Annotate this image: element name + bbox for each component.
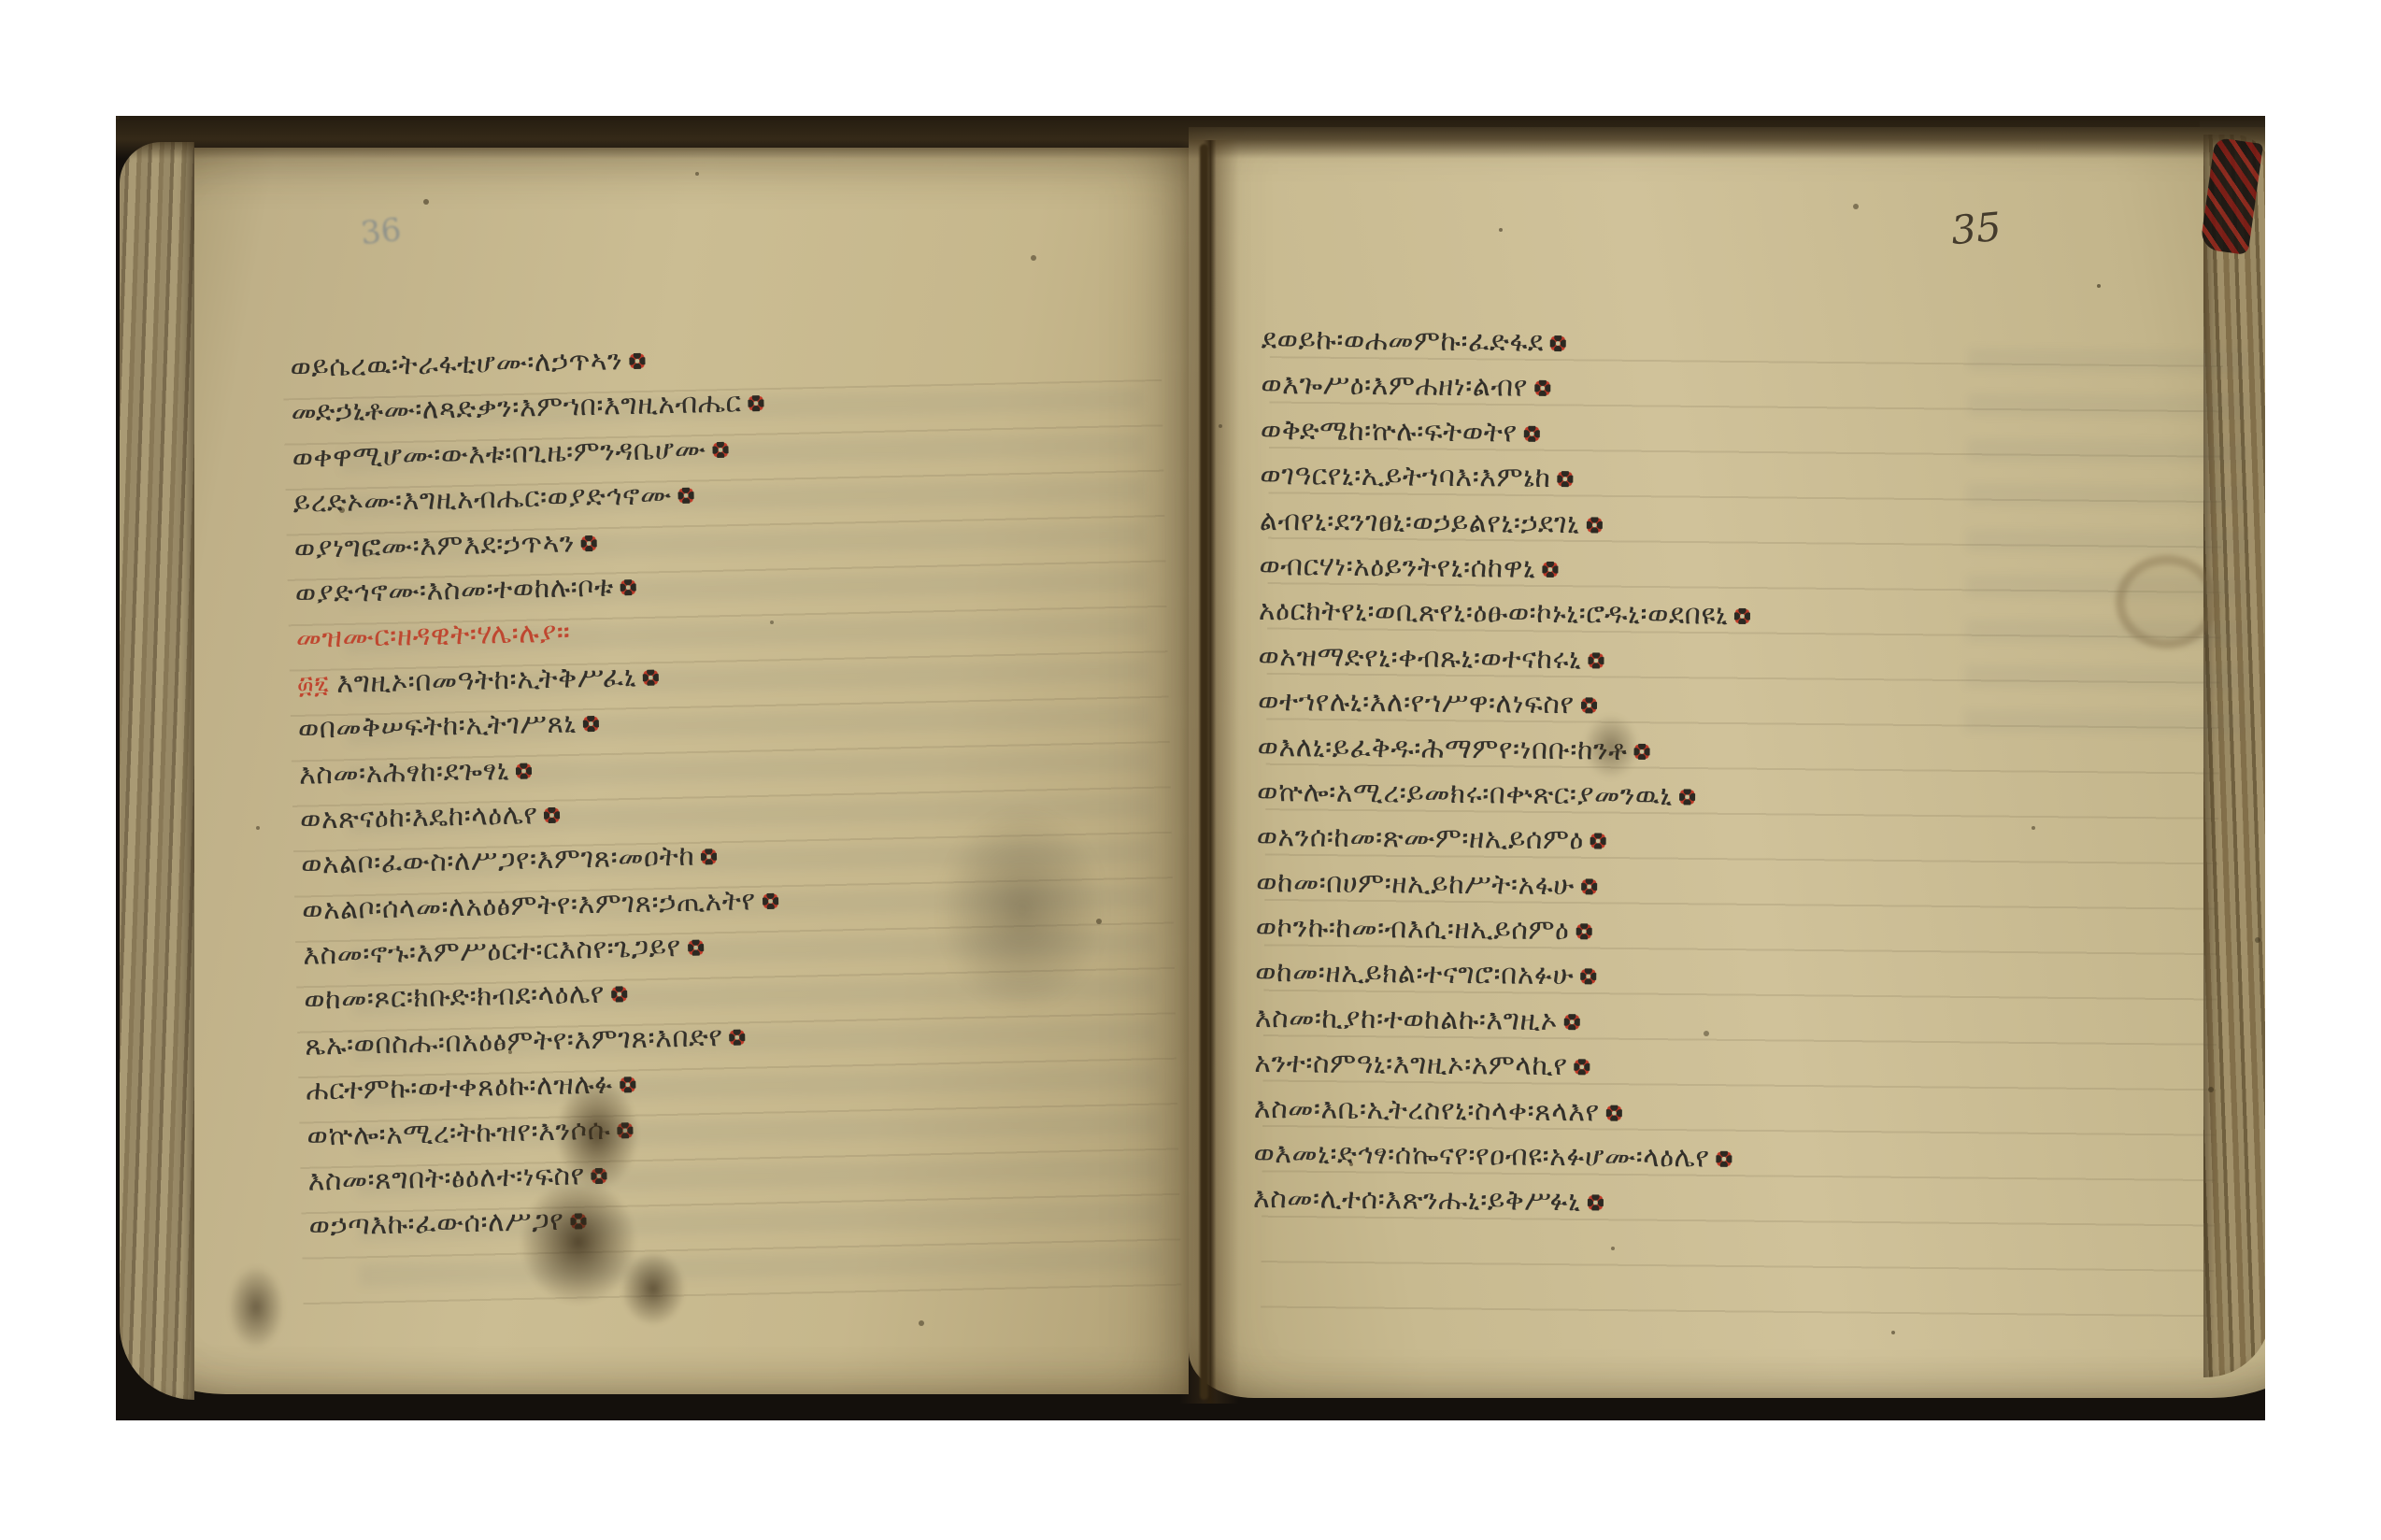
verse-text: እግዚኦ፡በመዓትከ፡ኢትቅሥፈኒ [336,661,637,700]
verse-separator-icon [544,807,560,823]
text-line: ልብየኒ፡ደንገፀኒ፡ወኃይልየኒ፡ኃደገኒ [1260,499,1752,549]
verse-text: እስመ፡ሊተሰ፡እጽንሑኒ፡ይቅሥፉኒ [1253,1182,1581,1218]
paper-speckles [116,116,120,120]
verse-separator-icon [1557,471,1573,487]
left-page-text: ወይሴረዉ፡ትራፋቲሆሙ፡ለኃጥኣንመድኃኒቶሙ፡ለጻድቃን፡እምኀበ፡እግዚአ… [290,335,785,1250]
verse-separator-icon [1590,834,1606,849]
text-line: ወከመ፡በሀም፡ዘኢይከሥት፡አፋሁ [1256,861,1748,910]
verse-text: ወእለኒ፡ይፈቅዱ፡ሕማምየ፡ነበቡ፡ከንቶ [1257,730,1627,766]
verse-separator-icon [1575,923,1591,939]
verse-separator-icon [1523,425,1539,441]
verse-text: ወከመ፡ጾር፡ክቡድ፡ክብደ፡ላዕሌየ [304,977,605,1017]
verse-text: ወእመኒ፡ድኅፃ፡ሰኰናየ፡የዐብዩ፡አፉሆሙ፡ላዕሌየ [1253,1137,1709,1175]
verse-text: አዕርክትየኒ፡ወቢጽየኒ፡ዕፁወ፡ኮኑኒ፡ሮዱኒ፡ወደበዩኒ [1259,594,1729,632]
verse-separator-icon [611,987,627,1003]
verse-text: ወአዝማድየኒ፡ቀብጹኒ፡ወተናከሩኒ [1258,640,1581,676]
text-line: አዕርክትየኒ፡ወቢጽየኒ፡ዕፁወ፡ኮኑኒ፡ሮዱኒ፡ወደበዩኒ [1259,589,1751,638]
verse-text: ወአልቦ፡ፈውስ፡ለሥጋየ፡እምገጸ፡መዐትከ [301,840,695,881]
text-line: እስመ፡እቤ፡ኢትረስየኒ፡ስላቀ፡ጸላእየ [1254,1087,1747,1136]
verse-separator-icon [1588,652,1604,668]
rubric-text: መዝሙር፡ዘዳዊት፡ሃሌ፡ሉያ። [295,617,570,655]
verse-separator-icon [1574,1059,1590,1075]
verse-text: ወብርሃነ፡አዕይንትየኒ፡ሰከዋኒ [1259,549,1535,585]
verse-separator-icon [712,442,728,458]
verse-separator-icon [1586,517,1602,533]
verse-separator-icon [581,535,597,550]
verse-separator-icon [678,488,694,504]
verse-separator-icon [643,669,659,685]
verse-text: መድኃኒቶሙ፡ለጻድቃን፡እምኀበ፡እግዚአብሔር [291,387,742,430]
verse-text: ልብየኒ፡ደንገፀኒ፡ወኃይልየኒ፡ኃደገኒ [1260,505,1580,540]
text-line: ወአንሰ፡ከመ፡ጽሙም፡ዘኢይሰምዕ [1256,815,1748,864]
verse-separator-icon [1550,335,1566,351]
verse-separator-icon [1734,608,1750,624]
verse-text: ወያድኅኖሙ፡እስመ፡ተወከሉ፡ቦቱ [294,570,614,609]
verse-text: ወበመቅሠፍትከ፡ኢትገሥጸኒ [298,707,577,746]
text-line: አንተ፡ስምዓኒ፡እግዚኦ፡አምላኪየ [1254,1041,1747,1091]
ink-stain [555,1078,639,1191]
verse-text: እስመ፡እቤ፡ኢትረስየኒ፡ስላቀ፡ጸላእየ [1254,1092,1600,1129]
verse-text: ይረድኦሙ፡እግዚአብሔር፡ወያድኅኖሙ [292,478,672,520]
verse-separator-icon [729,1029,745,1045]
verse-text: ወቅድሜከ፡ኵሉ፡ፍትወትየ [1261,414,1518,449]
smudge-stain [1583,714,1639,779]
ring-stain [2116,555,2218,649]
verse-text: ወቀዋሚሆሙ፡ውእቱ፡በጊዜ፡ምንዳቤሆሙ [292,433,706,475]
verse-separator-icon [762,892,777,908]
text-line: ወቅድሜከ፡ኵሉ፡ፍትወትየ [1261,408,1753,458]
verse-separator-icon [748,395,763,411]
verse-separator-icon [1580,969,1596,985]
verse-text: ወተኀየሉኒ፡እለ፡የኀሥዋ፡ለነፍስየ [1258,685,1575,720]
verse-text: ጼኡ፡ወበስሑ፡በአዕፅምትየ፡እምገጸ፡እበድየ [305,1020,723,1062]
verse-text: ወገዓርየኒ፡ኢይትኀባእ፡እምኔከ [1260,459,1550,494]
edge-stain [228,1265,284,1349]
verse-separator-icon [620,579,635,595]
verse-text: ደወይኩ፡ወሐመምኩ፡ፈድፋደ [1262,323,1544,359]
smudge-stain [938,807,1106,1013]
verse-text: ወከመ፡ዘኢይክል፡ተናግሮ፡በአፉሁ [1255,956,1574,991]
center-fold-crease [1200,144,1208,1400]
scan-canvas: 36 35 ወይሴረዉ፡ትራፋቲሆሙ፡ለኃጥኣንመድኃኒቶሙ፡ለጻድቃን፡እምኀ… [0,0,2381,1540]
verse-text: እስመ፡ኪያከ፡ተወከልኩ፡እግዚኦ [1255,1002,1558,1037]
ghost-folio-number: 36 [359,211,403,252]
verse-separator-icon [1534,380,1550,396]
bleedthrough-right [1964,349,2248,744]
verse-text: ወኮንኩ፡ከመ፡ብእሲ፡ዘኢይሰምዕ [1256,911,1570,947]
text-line: እስመ፡ኪያከ፡ተወከልኩ፡እግዚኦ [1255,996,1747,1046]
text-line: ወከመ፡ዘኢይክል፡ተናግሮ፡በአፉሁ [1255,950,1747,1000]
text-line: ደወይኩ፡ወሐመምኩ፡ፈድፋደ [1262,318,1754,367]
verse-text: ወአልቦ፡ሰላመ፡ለአዕፅምትየ፡እምገጸ፡ኃጢአትየ [302,884,756,927]
text-line: ወብርሃነ፡አዕይንትየኒ፡ሰከዋኒ [1259,544,1751,593]
verse-separator-icon [1542,562,1558,577]
page-edges-left [120,142,194,1400]
verse-separator-icon [701,848,717,864]
verse-separator-icon [1580,697,1596,713]
verse-text: አንተ፡ስምዓኒ፡እግዚኦ፡አምላኪየ [1254,1047,1567,1082]
verse-separator-icon [583,716,599,732]
manuscript-photo: 36 35 ወይሴረዉ፡ትራፋቲሆሙ፡ለኃጥኣንመድኃኒቶሙ፡ለጻድቃን፡እምኀ… [116,116,2265,1420]
text-line: ወተኀየሉኒ፡እለ፡የኀሥዋ፡ለነፍስየ [1258,679,1750,729]
verse-separator-icon [1716,1151,1732,1167]
ink-stain [620,1251,686,1326]
verse-separator-icon [516,763,532,778]
verse-separator-icon [688,940,704,956]
verse-separator-icon [1587,1195,1603,1211]
verse-separator-icon [1564,1014,1580,1030]
text-line: ወእመኒ፡ድኅፃ፡ሰኰናየ፡የዐብዩ፡አፉሆሙ፡ላዕሌየ [1253,1132,1746,1181]
verse-text: ወአጽናዕከ፡እዴከ፡ላዕሌየ [300,798,538,836]
text-line: ወኮንኩ፡ከመ፡ብእሲ፡ዘኢይሰምዕ [1255,905,1747,955]
text-line: ወአዝማድየኒ፡ቀብጹኒ፡ወተናከሩኒ [1258,635,1750,684]
verse-separator-icon [1679,789,1695,805]
verse-separator-icon [1581,878,1597,894]
text-line: ወእለኒ፡ይፈቅዱ፡ሕማምየ፡ነበቡ፡ከንቶ [1257,724,1749,774]
verse-text: ወአንሰ፡ከመ፡ጽሙም፡ዘኢይሰምዕ [1256,820,1584,856]
verse-text: ወእጐሥዕ፡እምሐዘነ፡ልብየ [1261,368,1528,404]
center-gutter-shadow [1179,140,1239,1404]
text-line: ወኵሎ፡አሚረ፡ይመክሩ፡በቍጽር፡ያመንዉኒ [1257,770,1749,820]
verse-text: እስመ፡አሕፃከ፡ደጐፃኒ [299,753,510,791]
psalm-number: ፴፯ [297,671,330,700]
text-line: ወእጐሥዕ፡እምሐዘነ፡ልብየ [1261,363,1753,412]
verse-separator-icon [629,353,645,369]
folio-number: 35 [1949,204,2003,253]
verse-text: ወኵሎ፡አሚረ፡ይመክሩ፡በቍጽር፡ያመንዉኒ [1257,776,1673,812]
right-page-text: ደወይኩ፡ወሐመምኩ፡ፈድፋደወእጐሥዕ፡እምሐዘነ፡ልብየወቅድሜከ፡ኵሉ፡ፍ… [1253,318,1754,1227]
verse-text: እስመ፡ኖኁ፡እምሥዕርተ፡ርእስየ፡ጌጋይየ [303,931,681,972]
verse-text: ወይሴረዉ፡ትራፋቲሆሙ፡ለኃጥኣን [290,344,622,384]
verse-text: ወከመ፡በሀም፡ዘኢይከሥት፡አፋሁ [1256,866,1575,902]
verse-text: ወያነግፎሙ፡እምእደ፡ኃጥኣን [293,526,575,565]
verse-separator-icon [1606,1105,1622,1120]
text-line: ወገዓርየኒ፡ኢይትኀባእ፡እምኔከ [1260,453,1752,503]
text-line: እስመ፡ሊተሰ፡እጽንሑኒ፡ይቅሥፉኒ [1253,1176,1746,1226]
